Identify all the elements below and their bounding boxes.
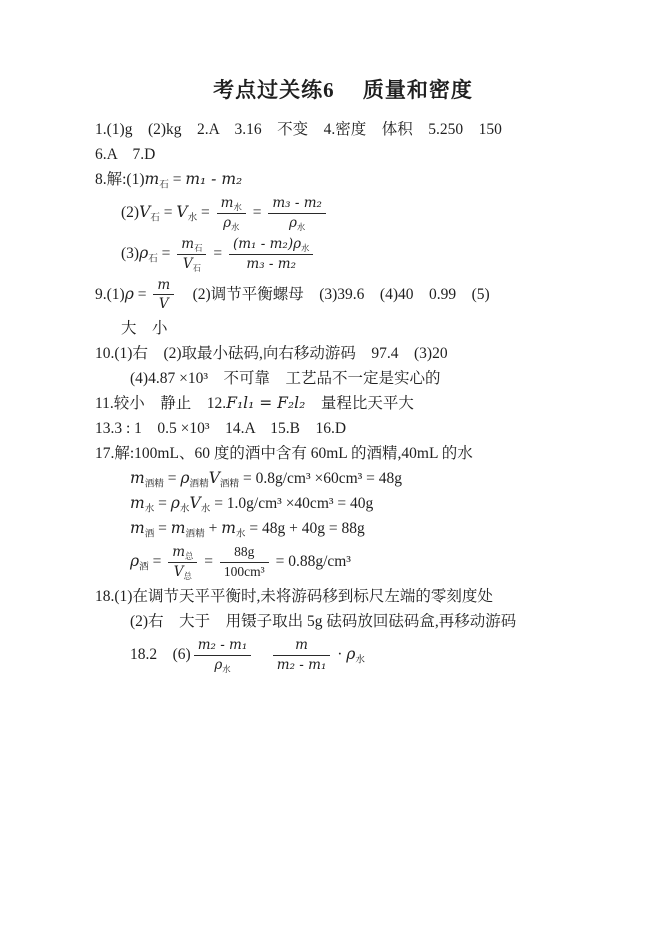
q17-f3-m: m: [130, 519, 145, 537]
q13-16-text: 13.3 : 1 0.5 ×10³ 14.A 15.B 16.D: [95, 420, 346, 437]
q8-part3-rho: ρ: [139, 244, 148, 262]
q8-part3-fraction2: (m₁ - m₂)ρ水m₃ - m₂: [229, 236, 313, 273]
q17-f2-rho-sub: 水: [180, 504, 190, 515]
document-page: 考点过关练6 质量和密度 1.(1)g (2)kg 2.A 3.16 不变 4.…: [0, 0, 661, 935]
q17-statement: 17.解:100mL、60 度的酒中含有 60mL 的酒精,40mL 的水: [95, 445, 473, 462]
q8-part2-frac2-den-sub: 水: [297, 223, 305, 232]
q8-part3-frac1-num-sub: 石: [194, 244, 202, 253]
q8-part2-frac1-den-sub: 水: [231, 223, 239, 232]
q8-part2-eq3: =: [249, 204, 266, 221]
q8-part1-eq: =: [169, 171, 186, 188]
q8-part2-fraction2: m₃ - m₂ρ水: [268, 195, 326, 232]
q8-part3-rho-sub: 石: [148, 253, 158, 264]
q18-line3: 18.2 (6)m₂ - m₁ρ水 mm₂ - m₁ · ρ水: [130, 637, 591, 674]
q11-q12-line: 11.较小 静止 12.F₁l₁ = F₂l₂ 量程比天平大: [95, 392, 591, 415]
q8-part1-lead: 8.解:(1): [95, 171, 145, 188]
q17-f1-eq: =: [164, 470, 181, 487]
q17-line1: 17.解:100mL、60 度的酒中含有 60mL 的酒精,40mL 的水: [95, 442, 591, 465]
q8-part1-lhs: m: [145, 170, 160, 188]
q17-f4-frac1-num: m: [172, 544, 185, 560]
q17-f4-eq1: =: [149, 553, 166, 570]
answers-line-1: 1.(1)g (2)kg 2.A 3.16 不变 4.密度 体积 5.250 1…: [95, 118, 591, 141]
q8-part3-frac2-den: m₃ - m₂: [246, 256, 296, 272]
q8-part2-frac2-num: m₃ - m₂: [272, 195, 322, 211]
q17-f1-v-sub: 酒精: [220, 479, 239, 490]
q18-line1: 18.(1)在调节天平平衡时,未将游码移到标尺左端的零刻度处: [95, 585, 591, 608]
q8-part2-frac1-num: m: [221, 195, 234, 211]
q17-f1-tail: = 0.8g/cm³ ×60cm³ = 48g: [239, 470, 402, 487]
q18-line1-text: 18.(1)在调节天平平衡时,未将游码移到标尺左端的零刻度处: [95, 588, 493, 605]
q18-frac1-den-sub: 水: [222, 665, 230, 674]
q8-part3-frac2-num-sub: 水: [301, 244, 309, 253]
answers-1-5-text: 1.(1)g (2)kg 2.A 3.16 不变 4.密度 体积 5.250 1…: [95, 121, 502, 138]
q8-part3-frac2-num-b: ρ: [293, 236, 301, 252]
q8-part2-v1: V: [139, 203, 150, 221]
q18-fraction2: mm₂ - m₁: [273, 637, 331, 674]
q8-part1-rhs: m₁ - m₂: [185, 170, 242, 188]
q10-line1-text: 10.(1)右 (2)取最小砝码,向右移动游码 97.4 (3)20: [95, 345, 448, 362]
q18-frac2-num: m: [295, 637, 308, 653]
q8-part2-eq1: =: [160, 204, 177, 221]
q17-f2-v: V: [190, 494, 201, 512]
q18-line2-text: (2)右 大于 用镊子取出 5g 砝码放回砝码盒,再移动游码: [130, 613, 516, 630]
q17-f3-m2-sub: 酒精: [186, 529, 205, 540]
q17-f2-eq: =: [154, 495, 171, 512]
q17-f4-frac2-num: 88g: [234, 544, 254, 559]
q18-line3-lead: 18.2 (6): [130, 646, 191, 663]
q8-part2-frac1-den: ρ: [223, 215, 231, 231]
q17-f3-m3: m: [221, 519, 236, 537]
q17-formula4: ρ酒 = m总V总 = 88g100cm³ = 0.88g/cm³: [130, 544, 591, 581]
q17-f1-m: m: [130, 469, 145, 487]
q8-part3-eq1: =: [158, 245, 175, 262]
q18-fraction1: m₂ - m₁ρ水: [194, 637, 252, 674]
q10-line2-text: (4)4.87 ×10³ 不可靠 工艺品不一定是实心的: [130, 370, 440, 387]
q8-part2: (2)V石 = V水 = m水ρ水 = m₃ - m₂ρ水: [121, 195, 591, 232]
q9-line2: 大 小: [121, 317, 591, 340]
q18-dot: ·: [333, 646, 346, 663]
q18-line2: (2)右 大于 用镊子取出 5g 砝码放回砝码盒,再移动游码: [130, 610, 591, 633]
q8-part3: (3)ρ石 = m石V石 = (m₁ - m₂)ρ水m₃ - m₂: [121, 236, 591, 273]
q17-f2-tail: = 1.0g/cm³ ×40cm³ = 40g: [210, 495, 373, 512]
answers-6-7-text: 6.A 7.D: [95, 146, 155, 163]
q17-formula3: m酒 = m酒精 + m水 = 48g + 40g = 88g: [130, 517, 591, 540]
q8-part2-v2-sub: 水: [188, 212, 198, 223]
q8-part1: 8.解:(1)m石 = m₁ - m₂: [95, 168, 591, 191]
q17-f1-rho: ρ: [180, 469, 189, 487]
q9-eq: =: [134, 285, 151, 302]
q12-text-b: 量程比天平大: [305, 395, 414, 412]
q8-part2-v1-sub: 石: [150, 212, 160, 223]
answers-line-2: 6.A 7.D: [95, 143, 591, 166]
q12-formula: F₁l₁ = F₂l₂: [226, 394, 305, 412]
q9-line2-text: 大 小: [121, 320, 168, 337]
q8-part2-frac1-num-sub: 水: [233, 203, 241, 212]
q17-f3-m-sub: 酒: [145, 529, 155, 540]
q17-f4-frac1-den-sub: 总: [184, 572, 192, 581]
q17-f4-frac1-num-sub: 总: [185, 552, 193, 561]
q8-part1-lhs-sub: 石: [159, 179, 169, 190]
q17-f3-plus: +: [205, 520, 222, 537]
q17-f1-m-sub: 酒精: [145, 479, 164, 490]
q17-f4-frac2-den: 100cm³: [224, 564, 265, 579]
q9-line1: 9.(1)ρ = mV (2)调节平衡螺母 (3)39.6 (4)40 0.99…: [95, 277, 591, 314]
q13-16-line: 13.3 : 1 0.5 ×10³ 14.A 15.B 16.D: [95, 417, 591, 440]
q8-part3-frac1-den: V: [183, 256, 193, 272]
q10-line2: (4)4.87 ×10³ 不可靠 工艺品不一定是实心的: [130, 367, 591, 390]
q17-f2-m: m: [130, 494, 145, 512]
q8-part2-frac2-den: ρ: [289, 215, 297, 231]
q17-f1-rho-sub: 酒精: [190, 479, 209, 490]
q8-part3-fraction1: m石V石: [177, 236, 206, 273]
q17-f4-fraction1: m总V总: [168, 544, 197, 581]
q17-f4-frac1-den: V: [174, 564, 184, 580]
q8-part3-lead: (3): [121, 245, 139, 262]
q17-formula1: m酒精 = ρ酒精V酒精 = 0.8g/cm³ ×60cm³ = 48g: [130, 467, 591, 490]
q17-f3-eq: =: [154, 520, 171, 537]
q8-part2-lead: (2): [121, 204, 139, 221]
q8-part3-frac2-num-a: (m₁ - m₂): [233, 236, 293, 252]
q17-formula2: m水 = ρ水V水 = 1.0g/cm³ ×40cm³ = 40g: [130, 492, 591, 515]
q18-frac1-num: m₂ - m₁: [198, 637, 248, 653]
q8-part2-v2: V: [176, 203, 187, 221]
q9-frac-num: m: [157, 277, 170, 293]
q10-line1: 10.(1)右 (2)取最小砝码,向右移动游码 97.4 (3)20: [95, 342, 591, 365]
q17-f3-m2: m: [171, 519, 186, 537]
page-title: 考点过关练6 质量和密度: [95, 74, 591, 104]
q17-f4-tail: = 0.88g/cm³: [272, 553, 351, 570]
q17-f2-v-sub: 水: [201, 504, 211, 515]
q17-f2-rho: ρ: [171, 494, 180, 512]
q8-part2-fraction1: m水ρ水: [217, 195, 246, 232]
q18-gap: [254, 646, 270, 663]
q9-lead: 9.(1): [95, 285, 125, 302]
q9-rho: ρ: [125, 284, 134, 302]
q17-f4-eq2: =: [200, 553, 217, 570]
q9-rest: (2)调节平衡螺母 (3)39.6 (4)40 0.99 (5): [177, 285, 490, 302]
q8-part3-frac1-den-sub: 石: [193, 264, 201, 273]
q18-rho-sub: 水: [355, 654, 365, 665]
q17-f2-m-sub: 水: [145, 504, 155, 515]
q17-f4-rho-sub: 酒: [139, 562, 149, 573]
q17-f4-rho: ρ: [130, 552, 139, 570]
q8-part3-frac1-num: m: [181, 236, 194, 252]
q18-frac2-den: m₂ - m₁: [277, 657, 327, 673]
q9-fraction: mV: [153, 277, 174, 314]
q8-part3-eq2: =: [209, 245, 226, 262]
q17-f3-tail: = 48g + 40g = 88g: [245, 520, 364, 537]
q17-f1-v: V: [209, 469, 220, 487]
q8-part2-eq2: =: [197, 204, 214, 221]
q9-frac-den: V: [159, 296, 169, 312]
q17-f4-fraction2: 88g100cm³: [220, 544, 269, 581]
q11-text-a: 11.较小 静止 12.: [95, 395, 226, 412]
